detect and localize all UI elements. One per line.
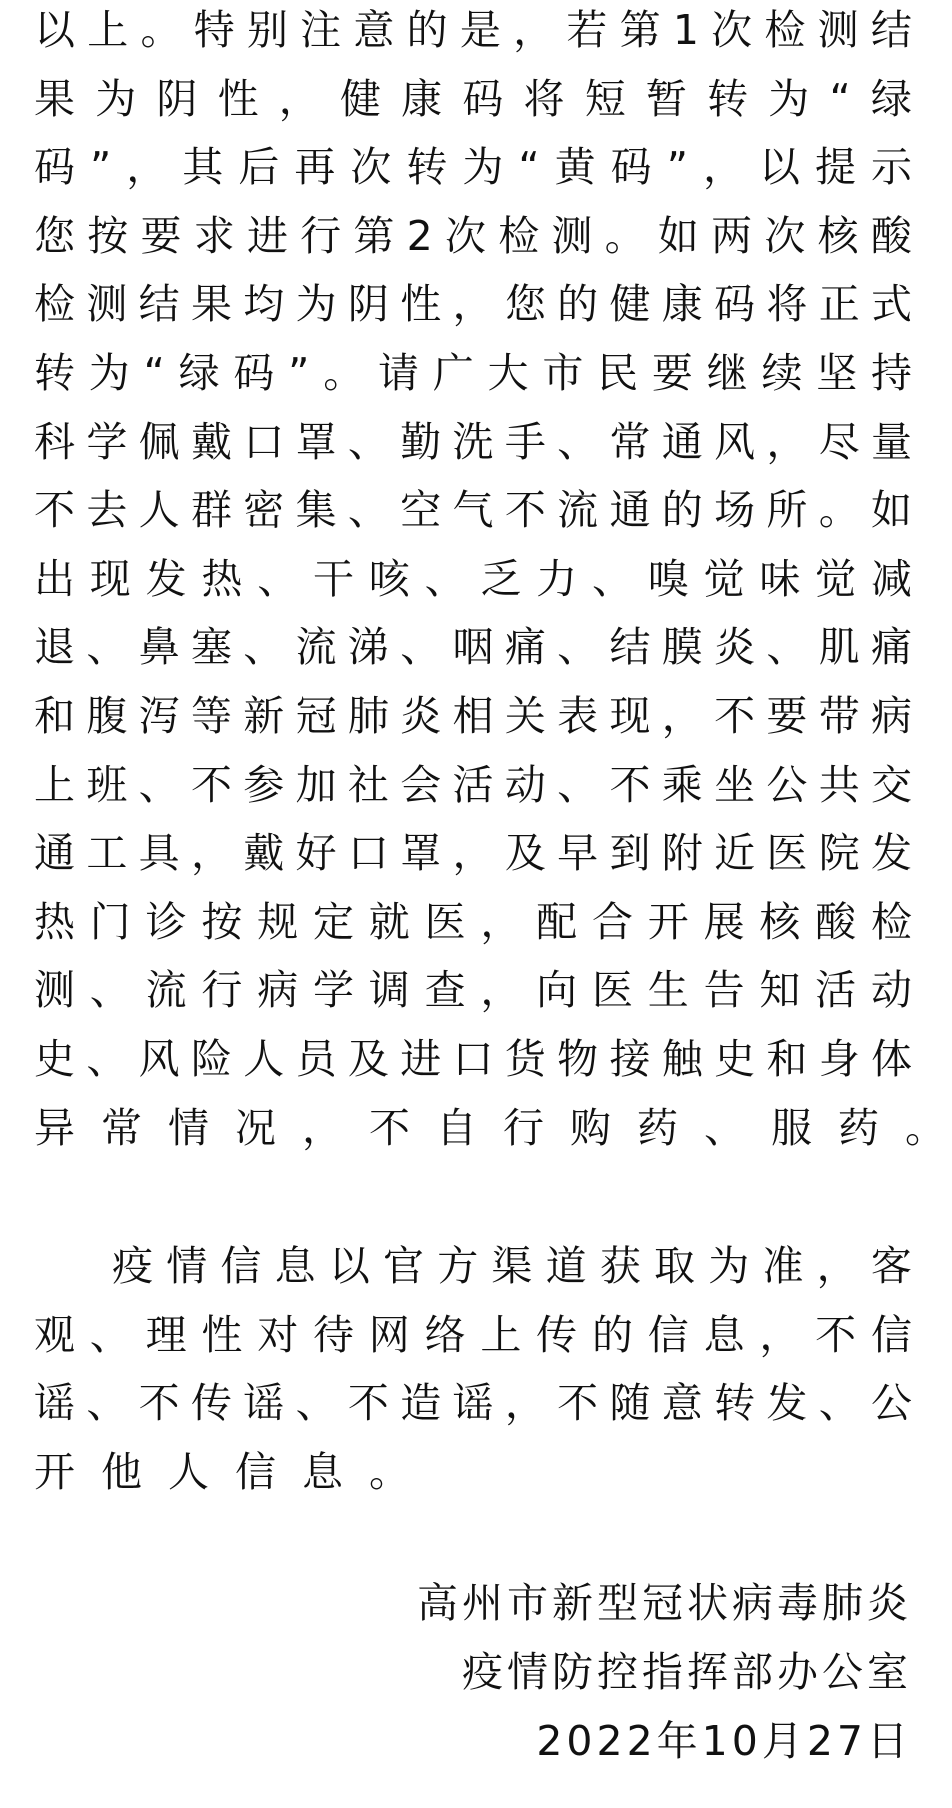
text-line: 果为阴性，健康码将短暂转为“绿 (34, 71, 912, 127)
text-line: 疫情信息以官方渠道获取为准，客 (112, 1238, 912, 1294)
text-line: 科学佩戴口罩、勤洗手、常通风，尽量 (34, 414, 912, 470)
text-line: 观、理性对待网络上传的信息，不信 (34, 1307, 912, 1363)
text-line: 谣、不传谣、不造谣，不随意转发、公 (34, 1375, 912, 1431)
text-line: 转为“绿码”。请广大市民要继续坚持 (34, 345, 912, 401)
text-line: 出现发热、干咳、乏力、嗅觉味觉减 (34, 551, 912, 607)
signature-org-line-1: 高州市新型冠状病毒肺炎 (417, 1575, 912, 1631)
text-line: 检测结果均为阴性，您的健康码将正式 (34, 276, 912, 332)
text-line: 开他人信息。 (34, 1444, 912, 1500)
text-line: 以上。特别注意的是，若第1次检测结 (34, 2, 912, 58)
document-page: 以上。特别注意的是，若第1次检测结果为阴性，健康码将短暂转为“绿码”，其后再次转… (0, 0, 952, 1808)
text-line: 上班、不参加社会活动、不乘坐公共交 (34, 757, 912, 813)
text-line: 热门诊按规定就医，配合开展核酸检 (34, 894, 912, 950)
text-line: 您按要求进行第2次检测。如两次核酸 (34, 208, 912, 264)
text-line: 和腹泻等新冠肺炎相关表现，不要带病 (34, 688, 912, 744)
signature-org-line-2: 疫情防控指挥部办公室 (462, 1644, 912, 1700)
signature-date: 2022年10月27日 (536, 1713, 912, 1769)
text-line: 通工具，戴好口罩，及早到附近医院发 (34, 825, 912, 881)
text-line: 史、风险人员及进口货物接触史和身体 (34, 1031, 912, 1087)
text-line: 测、流行病学调查，向医生告知活动 (34, 962, 912, 1018)
text-line: 异常情况，不自行购药、服药。 (34, 1100, 912, 1156)
text-line: 码”，其后再次转为“黄码”，以提示 (34, 139, 912, 195)
text-line: 退、鼻塞、流涕、咽痛、结膜炎、肌痛 (34, 619, 912, 675)
text-line: 不去人群密集、空气不流通的场所。如 (34, 482, 912, 538)
